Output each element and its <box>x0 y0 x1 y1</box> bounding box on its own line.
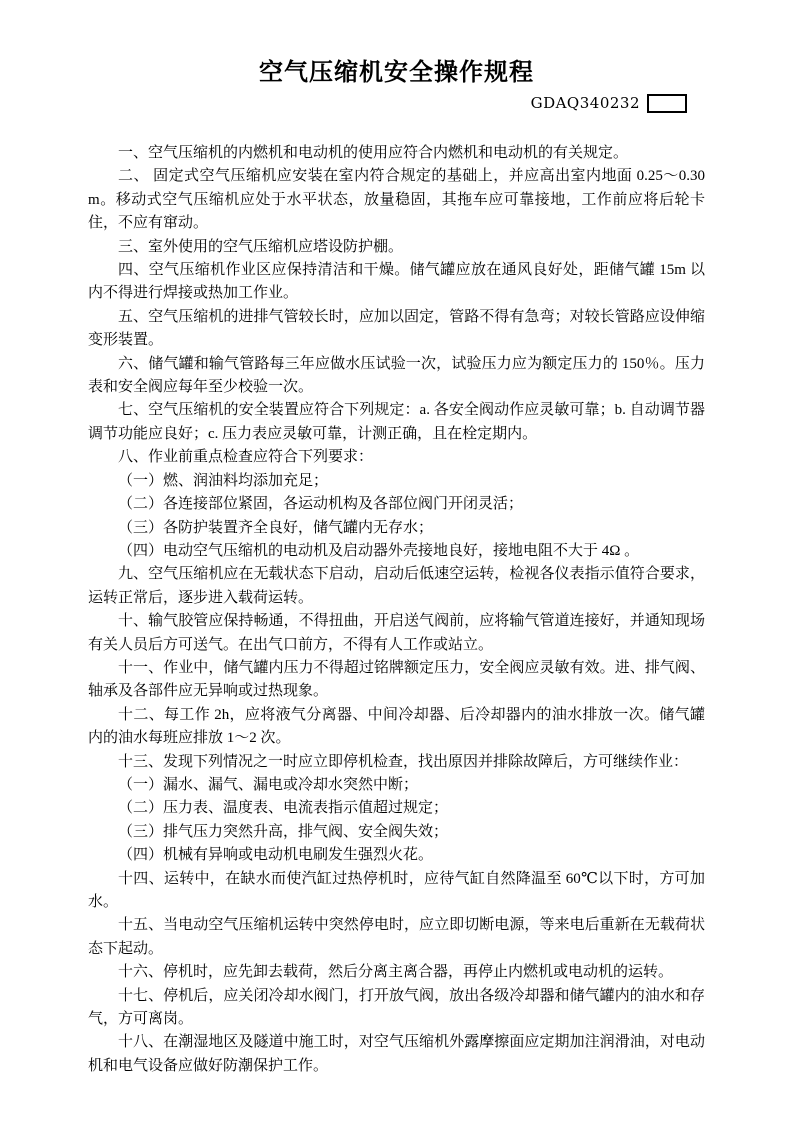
paragraph-10: （二）各连接部位紧固，各运动机构及各部位阀门开闭灵活； <box>88 493 705 516</box>
paragraph-9: （一）燃、润油料均添加充足； <box>88 470 705 493</box>
paragraph-16: 十二、每工作 2h，应将液气分离器、中间冷却器、后冷却器内的油水排放一次。储气罐… <box>88 704 705 751</box>
document-body: 一、空气压缩机的内燃机和电动机的使用应符合内燃机和电动机的有关规定。 二、 固定… <box>88 142 705 1078</box>
doc-code-row: GDAQ340232 <box>88 93 687 113</box>
paragraph-2: 二、 固定式空气压缩机应安装在室内符合规定的基础上，并应高出室内地面 0.25～… <box>88 165 705 235</box>
paragraph-21: （四）机械有异响或电动机电刷发生强烈火花。 <box>88 844 705 867</box>
paragraph-5: 五、空气压缩机的进排气管较长时，应加以固定，管路不得有急弯；对较长管路应设伸缩变… <box>88 306 705 353</box>
paragraph-1: 一、空气压缩机的内燃机和电动机的使用应符合内燃机和电动机的有关规定。 <box>88 142 705 165</box>
doc-code: GDAQ340232 <box>531 94 640 113</box>
paragraph-8: 八、作业前重点检查应符合下列要求： <box>88 446 705 469</box>
document-title: 空气压缩机安全操作规程 <box>88 58 705 88</box>
paragraph-17: 十三、发现下列情况之一时应立即停机检查，找出原因并排除故障后，方可继续作业： <box>88 751 705 774</box>
paragraph-7: 七、空气压缩机的安全装置应符合下列规定：a. 各安全阀动作应灵敏可靠；b. 自动… <box>88 399 705 446</box>
doc-code-box <box>647 94 687 113</box>
paragraph-4: 四、空气压缩机作业区应保持清洁和干燥。储气罐应放在通风良好处，距储气罐 15m … <box>88 259 705 306</box>
paragraph-13: 九、空气压缩机应在无载状态下启动，启动后低速空运转，检视各仪表指示值符合要求，运… <box>88 563 705 610</box>
paragraph-19: （二）压力表、温度表、电流表指示值超过规定； <box>88 797 705 820</box>
paragraph-26: 十八、在潮湿地区及隧道中施工时，对空气压缩机外露摩擦面应定期加注润滑油，对电动机… <box>88 1031 705 1078</box>
document-page: 空气压缩机安全操作规程 GDAQ340232 一、空气压缩机的内燃机和电动机的使… <box>0 0 793 1122</box>
paragraph-6: 六、储气罐和输气管路每三年应做水压试验一次，试验压力应为额定压力的 150％。压… <box>88 353 705 400</box>
paragraph-12: （四）电动空气压缩机的电动机及启动器外壳接地良好，接地电阻不大于 4Ω 。 <box>88 540 705 563</box>
paragraph-18: （一）漏水、漏气、漏电或冷却水突然中断； <box>88 774 705 797</box>
paragraph-22: 十四、运转中，在缺水而使汽缸过热停机时，应待气缸自然降温至 60℃以下时，方可加… <box>88 868 705 915</box>
paragraph-3: 三、室外使用的空气压缩机应塔设防护棚。 <box>88 236 705 259</box>
paragraph-25: 十七、停机后，应关闭冷却水阀门，打开放气阀，放出各级冷却器和储气罐内的油水和存气… <box>88 985 705 1032</box>
paragraph-11: （三）各防护装置齐全良好，储气罐内无存水； <box>88 517 705 540</box>
paragraph-23: 十五、当电动空气压缩机运转中突然停电时，应立即切断电源，等来电后重新在无载荷状态… <box>88 914 705 961</box>
paragraph-15: 十一、作业中，储气罐内压力不得超过铭牌额定压力，安全阀应灵敏有效。进、排气阀、轴… <box>88 657 705 704</box>
paragraph-20: （三）排气压力突然升高，排气阀、安全阀失效； <box>88 821 705 844</box>
paragraph-14: 十、输气胶管应保持畅通，不得扭曲，开启送气阀前，应将输气管道连接好，并通知现场有… <box>88 610 705 657</box>
paragraph-24: 十六、停机时，应先卸去载荷，然后分离主离合器，再停止内燃机或电动机的运转。 <box>88 961 705 984</box>
